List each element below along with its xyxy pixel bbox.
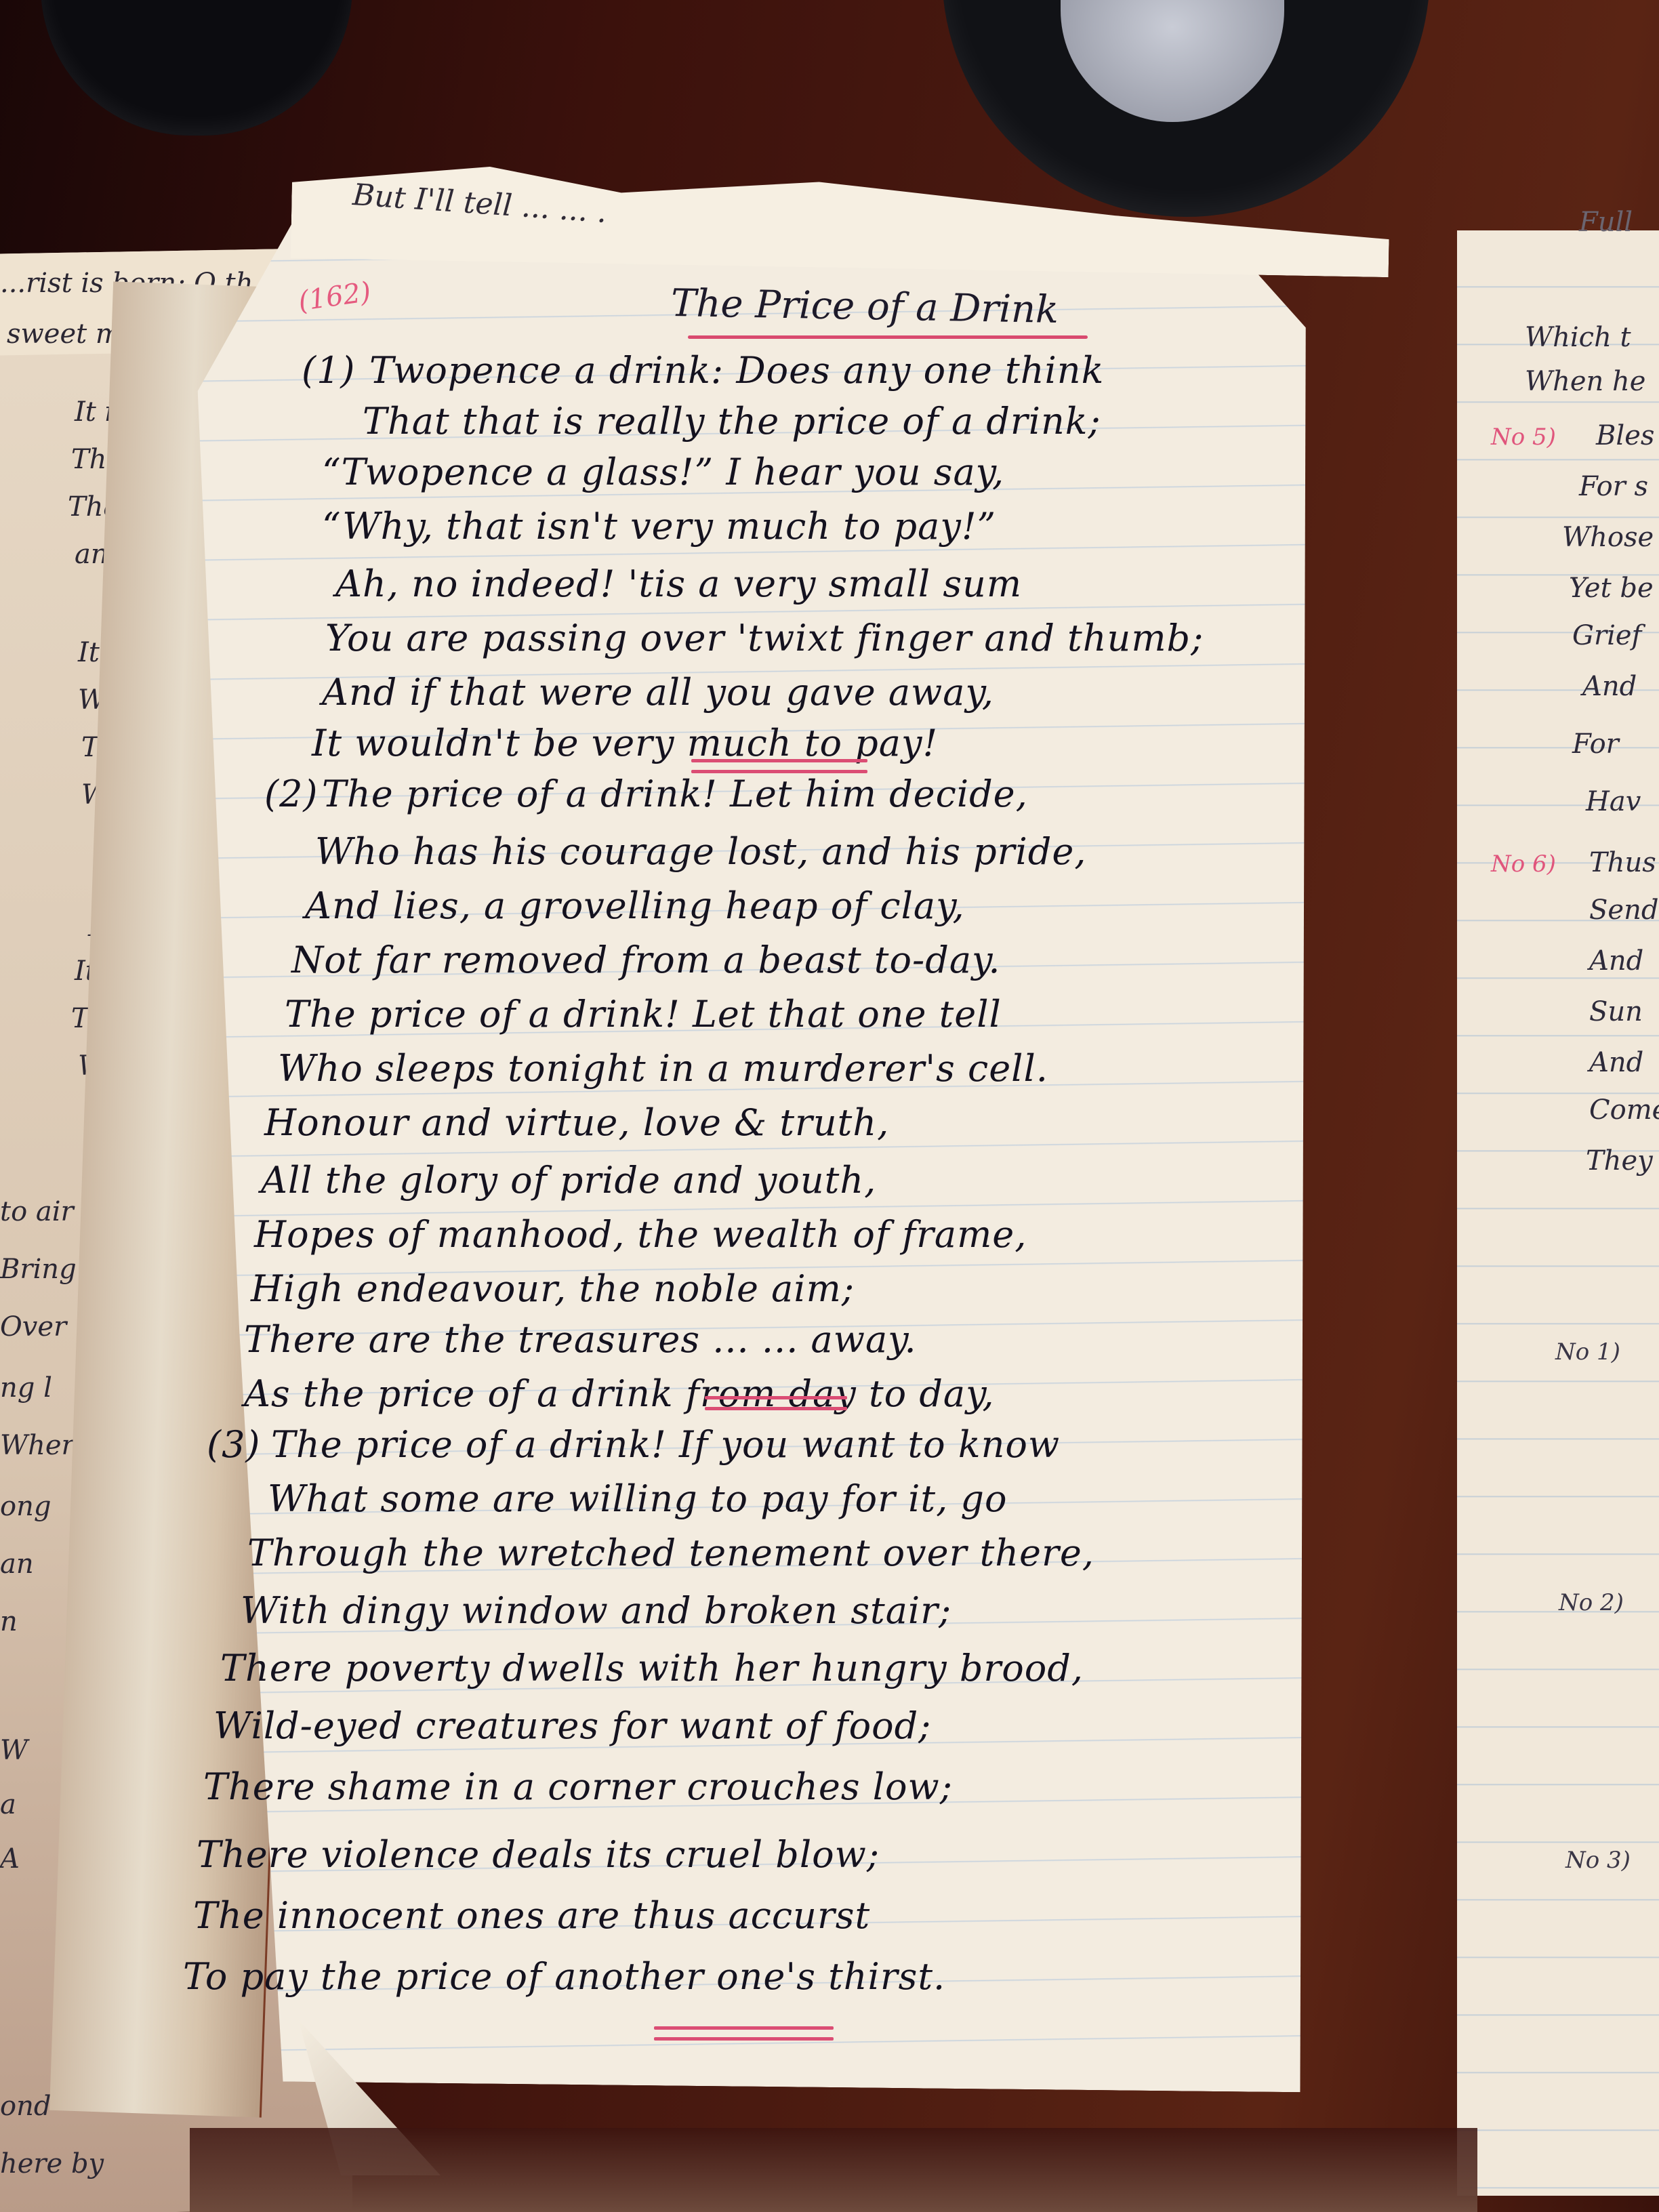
poem-line: Ah, no indeed! 'tis a very small sum bbox=[335, 562, 1022, 605]
left-lower-line: to air bbox=[0, 1196, 74, 1227]
right-marker-no2: No 2) bbox=[1559, 1589, 1624, 1616]
right-line: Yet be bbox=[1569, 573, 1654, 604]
poem-line: The price of a drink! Let that one tell bbox=[285, 993, 1002, 1036]
right-line: Send bbox=[1589, 895, 1658, 926]
left-lower-line: n bbox=[0, 1606, 18, 1637]
stanza-number: (1) bbox=[302, 349, 356, 392]
poem-line: Honour and virtue, love & truth, bbox=[264, 1101, 889, 1144]
left-lower-line: an bbox=[0, 1549, 34, 1580]
right-line: They bbox=[1586, 1145, 1653, 1176]
poem-line: High endeavour, the noble aim; bbox=[251, 1267, 855, 1310]
right-line: Bles bbox=[1596, 420, 1654, 451]
left-lower-line: a bbox=[0, 1789, 16, 1820]
right-line: Hav bbox=[1586, 786, 1641, 817]
poem-line: “Why, that isn't very much to pay!” bbox=[322, 505, 996, 548]
right-marker-no3: No 3) bbox=[1565, 1847, 1631, 1874]
poem-line: There shame in a corner crouches low; bbox=[203, 1765, 953, 1808]
poem-line: It wouldn't be very much to pay! bbox=[312, 722, 938, 764]
right-line: Come bbox=[1589, 1094, 1659, 1126]
right-line: Thus bbox=[1589, 847, 1656, 878]
right-line: For bbox=[1572, 729, 1619, 760]
right-line: Sun bbox=[1589, 996, 1643, 1027]
left-lower-line: ng l bbox=[0, 1372, 52, 1404]
poem-line: Twopence a drink: Does any one think bbox=[369, 349, 1104, 392]
left-lower-line: here by bbox=[0, 2148, 104, 2179]
left-lower-line: ond bbox=[0, 2091, 51, 2122]
poem-title: The Price of a Drink bbox=[670, 281, 1059, 332]
right-line: When he bbox=[1525, 366, 1645, 397]
poem-line: Hopes of manhood, the wealth of frame, bbox=[254, 1213, 1027, 1256]
poem-line: Who has his courage lost, and his pride, bbox=[315, 830, 1086, 873]
poem-line: What some are willing to pay for it, go bbox=[268, 1477, 1008, 1520]
title-underline bbox=[688, 335, 1088, 339]
poem-line: The price of a drink! If you want to kno… bbox=[271, 1423, 1060, 1466]
poem-line: Not far removed from a beast to-day. bbox=[291, 939, 1001, 981]
poem-line: There poverty dwells with her hungry bro… bbox=[220, 1647, 1084, 1689]
poem-line: Wild-eyed creatures for want of food; bbox=[213, 1704, 931, 1747]
poem-line: You are passing over 'twixt finger and t… bbox=[325, 617, 1204, 659]
poem-line: There violence deals its cruel blow; bbox=[197, 1833, 880, 1876]
right-line: Which t bbox=[1525, 322, 1631, 353]
bottom-page-shadow bbox=[190, 2128, 1477, 2212]
right-marker-no5: No 5) bbox=[1491, 424, 1556, 451]
poem-line: All the glory of pride and youth, bbox=[261, 1159, 876, 1202]
poem-line: “Twopence a glass!” I hear you say, bbox=[322, 451, 1004, 493]
right-marker-no6: No 6) bbox=[1491, 851, 1556, 878]
right-top-fragment: Full bbox=[1579, 207, 1633, 238]
poem-line: Through the wretched tenement over there… bbox=[247, 1532, 1094, 1574]
poem-line: And if that were all you gave away, bbox=[322, 671, 994, 714]
poem-line: The innocent ones are thus accurst bbox=[193, 1894, 870, 1937]
left-lower-line: W bbox=[0, 1735, 28, 1766]
stanza-number: (3) bbox=[207, 1423, 261, 1466]
right-marker-no1: No 1) bbox=[1555, 1338, 1620, 1366]
left-lower-line: A bbox=[0, 1843, 20, 1875]
right-line: And bbox=[1582, 671, 1637, 702]
poem-line: And lies, a grovelling heap of clay, bbox=[305, 884, 965, 927]
poem-line: The price of a drink! Let him decide, bbox=[322, 773, 1028, 815]
stanza-number: (2) bbox=[264, 773, 319, 815]
poem-line: As the price of a drink from day to day, bbox=[244, 1372, 995, 1415]
right-line: Grief bbox=[1572, 620, 1641, 651]
left-lower-line: Bring bbox=[0, 1254, 77, 1285]
right-line: Whose bbox=[1562, 522, 1654, 553]
right-line: And bbox=[1589, 945, 1643, 977]
poem-line: There are the treasures ... ... away. bbox=[244, 1318, 917, 1361]
poem-line: Who sleeps tonight in a murderer's cell. bbox=[278, 1047, 1048, 1090]
right-line: And bbox=[1589, 1047, 1643, 1078]
poem-line: That that is really the price of a drink… bbox=[363, 400, 1101, 443]
poem-line: With dingy window and broken stair; bbox=[241, 1589, 951, 1632]
left-lower-line: Over bbox=[0, 1311, 66, 1343]
right-line: For s bbox=[1579, 471, 1648, 502]
sand bbox=[1061, 0, 1284, 122]
left-lower-line: ong bbox=[0, 1491, 51, 1522]
poem-line: To pay the price of another one's thirst… bbox=[183, 1955, 945, 1998]
